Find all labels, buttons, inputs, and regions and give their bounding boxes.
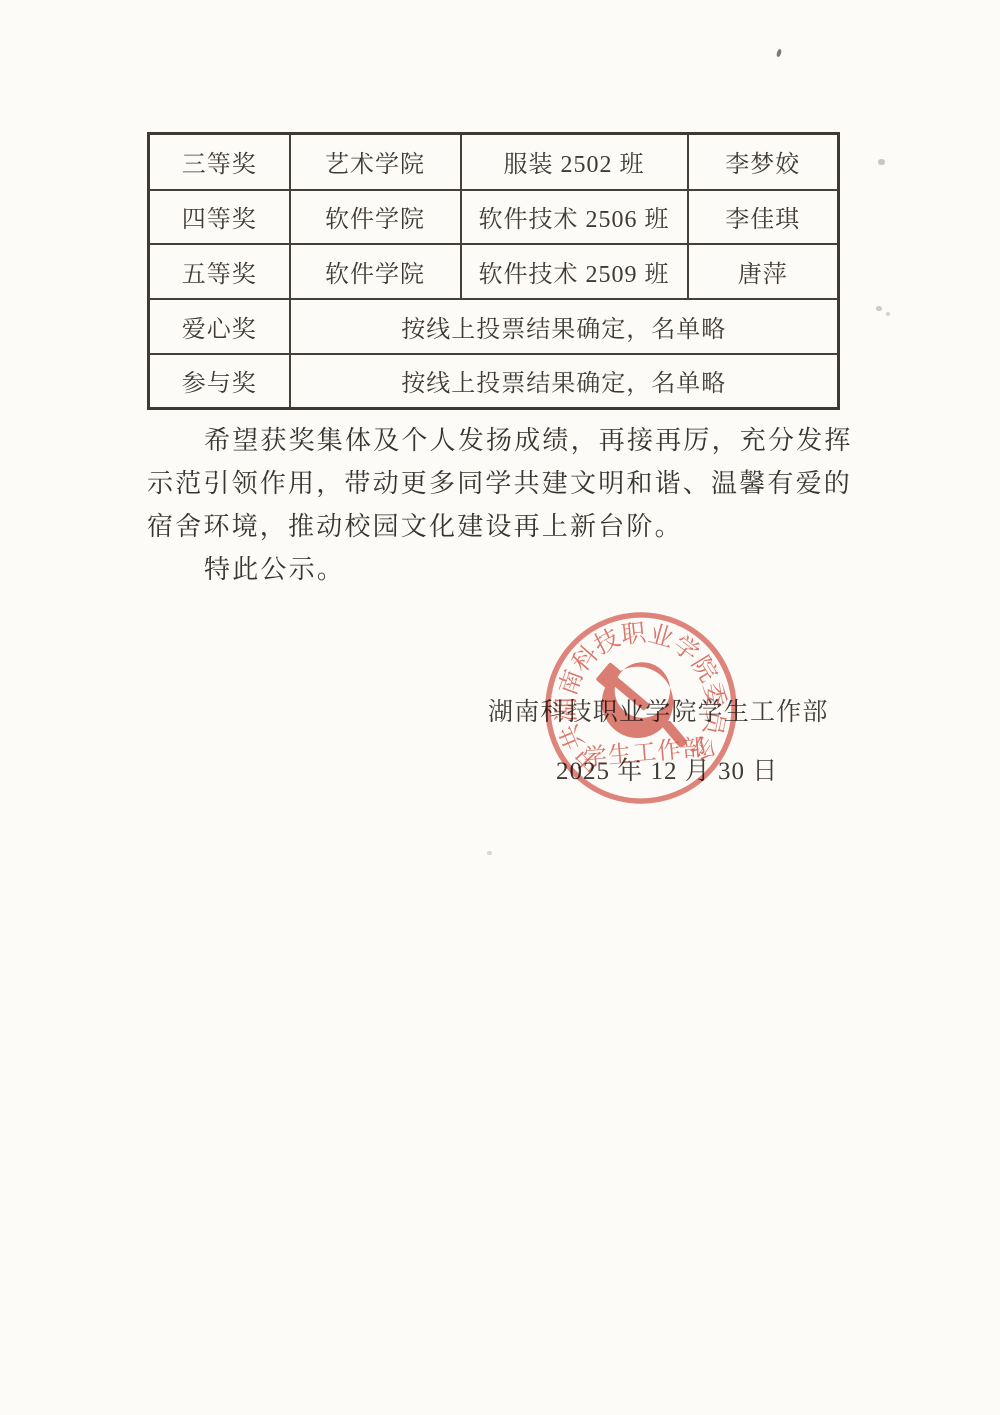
scan-speck <box>878 159 885 165</box>
closing-statement: 特此公示。 <box>147 548 859 591</box>
student-cell: 唐萍 <box>688 244 839 299</box>
award-cell: 三等奖 <box>149 134 290 190</box>
student-cell: 李梦姣 <box>688 134 839 190</box>
award-cell: 五等奖 <box>149 244 290 299</box>
college-cell: 软件学院 <box>290 190 461 244</box>
college-cell: 艺术学院 <box>290 134 461 190</box>
class-cell: 软件技术 2509 班 <box>461 244 688 299</box>
class-cell: 软件技术 2506 班 <box>461 190 688 244</box>
scan-speck <box>876 306 882 311</box>
signature-date: 2025 年 12 月 30 日 <box>556 751 778 787</box>
scan-speck <box>487 851 492 855</box>
award-cell: 参与奖 <box>149 354 290 409</box>
class-cell: 服装 2502 班 <box>461 134 688 190</box>
student-cell: 李佳琪 <box>688 190 839 244</box>
signature-department: 湖南科技职业学院学生工作部 <box>488 692 829 728</box>
scan-speck <box>776 49 782 58</box>
table-row: 参与奖 按线上投票结果确定，名单略 <box>149 354 839 409</box>
awards-table: 三等奖 艺术学院 服装 2502 班 李梦姣 四等奖 软件学院 软件技术 250… <box>147 132 840 410</box>
table-row: 三等奖 艺术学院 服装 2502 班 李梦姣 <box>149 134 839 190</box>
table-row: 爱心奖 按线上投票结果确定，名单略 <box>149 299 839 354</box>
closing-paragraph: 希望获奖集体及个人发扬成绩，再接再厉，充分发挥 示范引领作用，带动更多同学共建文… <box>147 419 859 591</box>
table-row: 五等奖 软件学院 软件技术 2509 班 唐萍 <box>149 244 839 299</box>
note-cell: 按线上投票结果确定，名单略 <box>290 354 839 409</box>
college-cell: 软件学院 <box>290 244 461 299</box>
table-row: 四等奖 软件学院 软件技术 2506 班 李佳琪 <box>149 190 839 244</box>
document-page: 三等奖 艺术学院 服装 2502 班 李梦姣 四等奖 软件学院 软件技术 250… <box>0 0 1000 1415</box>
paragraph-line: 希望获奖集体及个人发扬成绩，再接再厉，充分发挥 <box>147 419 859 462</box>
scan-speck <box>886 312 890 316</box>
paragraph-line: 示范引领作用，带动更多同学共建文明和谐、温馨有爱的 <box>147 462 859 505</box>
award-cell: 爱心奖 <box>149 299 290 354</box>
paragraph-line: 宿舍环境，推动校园文化建设再上新台阶。 <box>147 505 859 548</box>
award-cell: 四等奖 <box>149 190 290 244</box>
note-cell: 按线上投票结果确定，名单略 <box>290 299 839 354</box>
